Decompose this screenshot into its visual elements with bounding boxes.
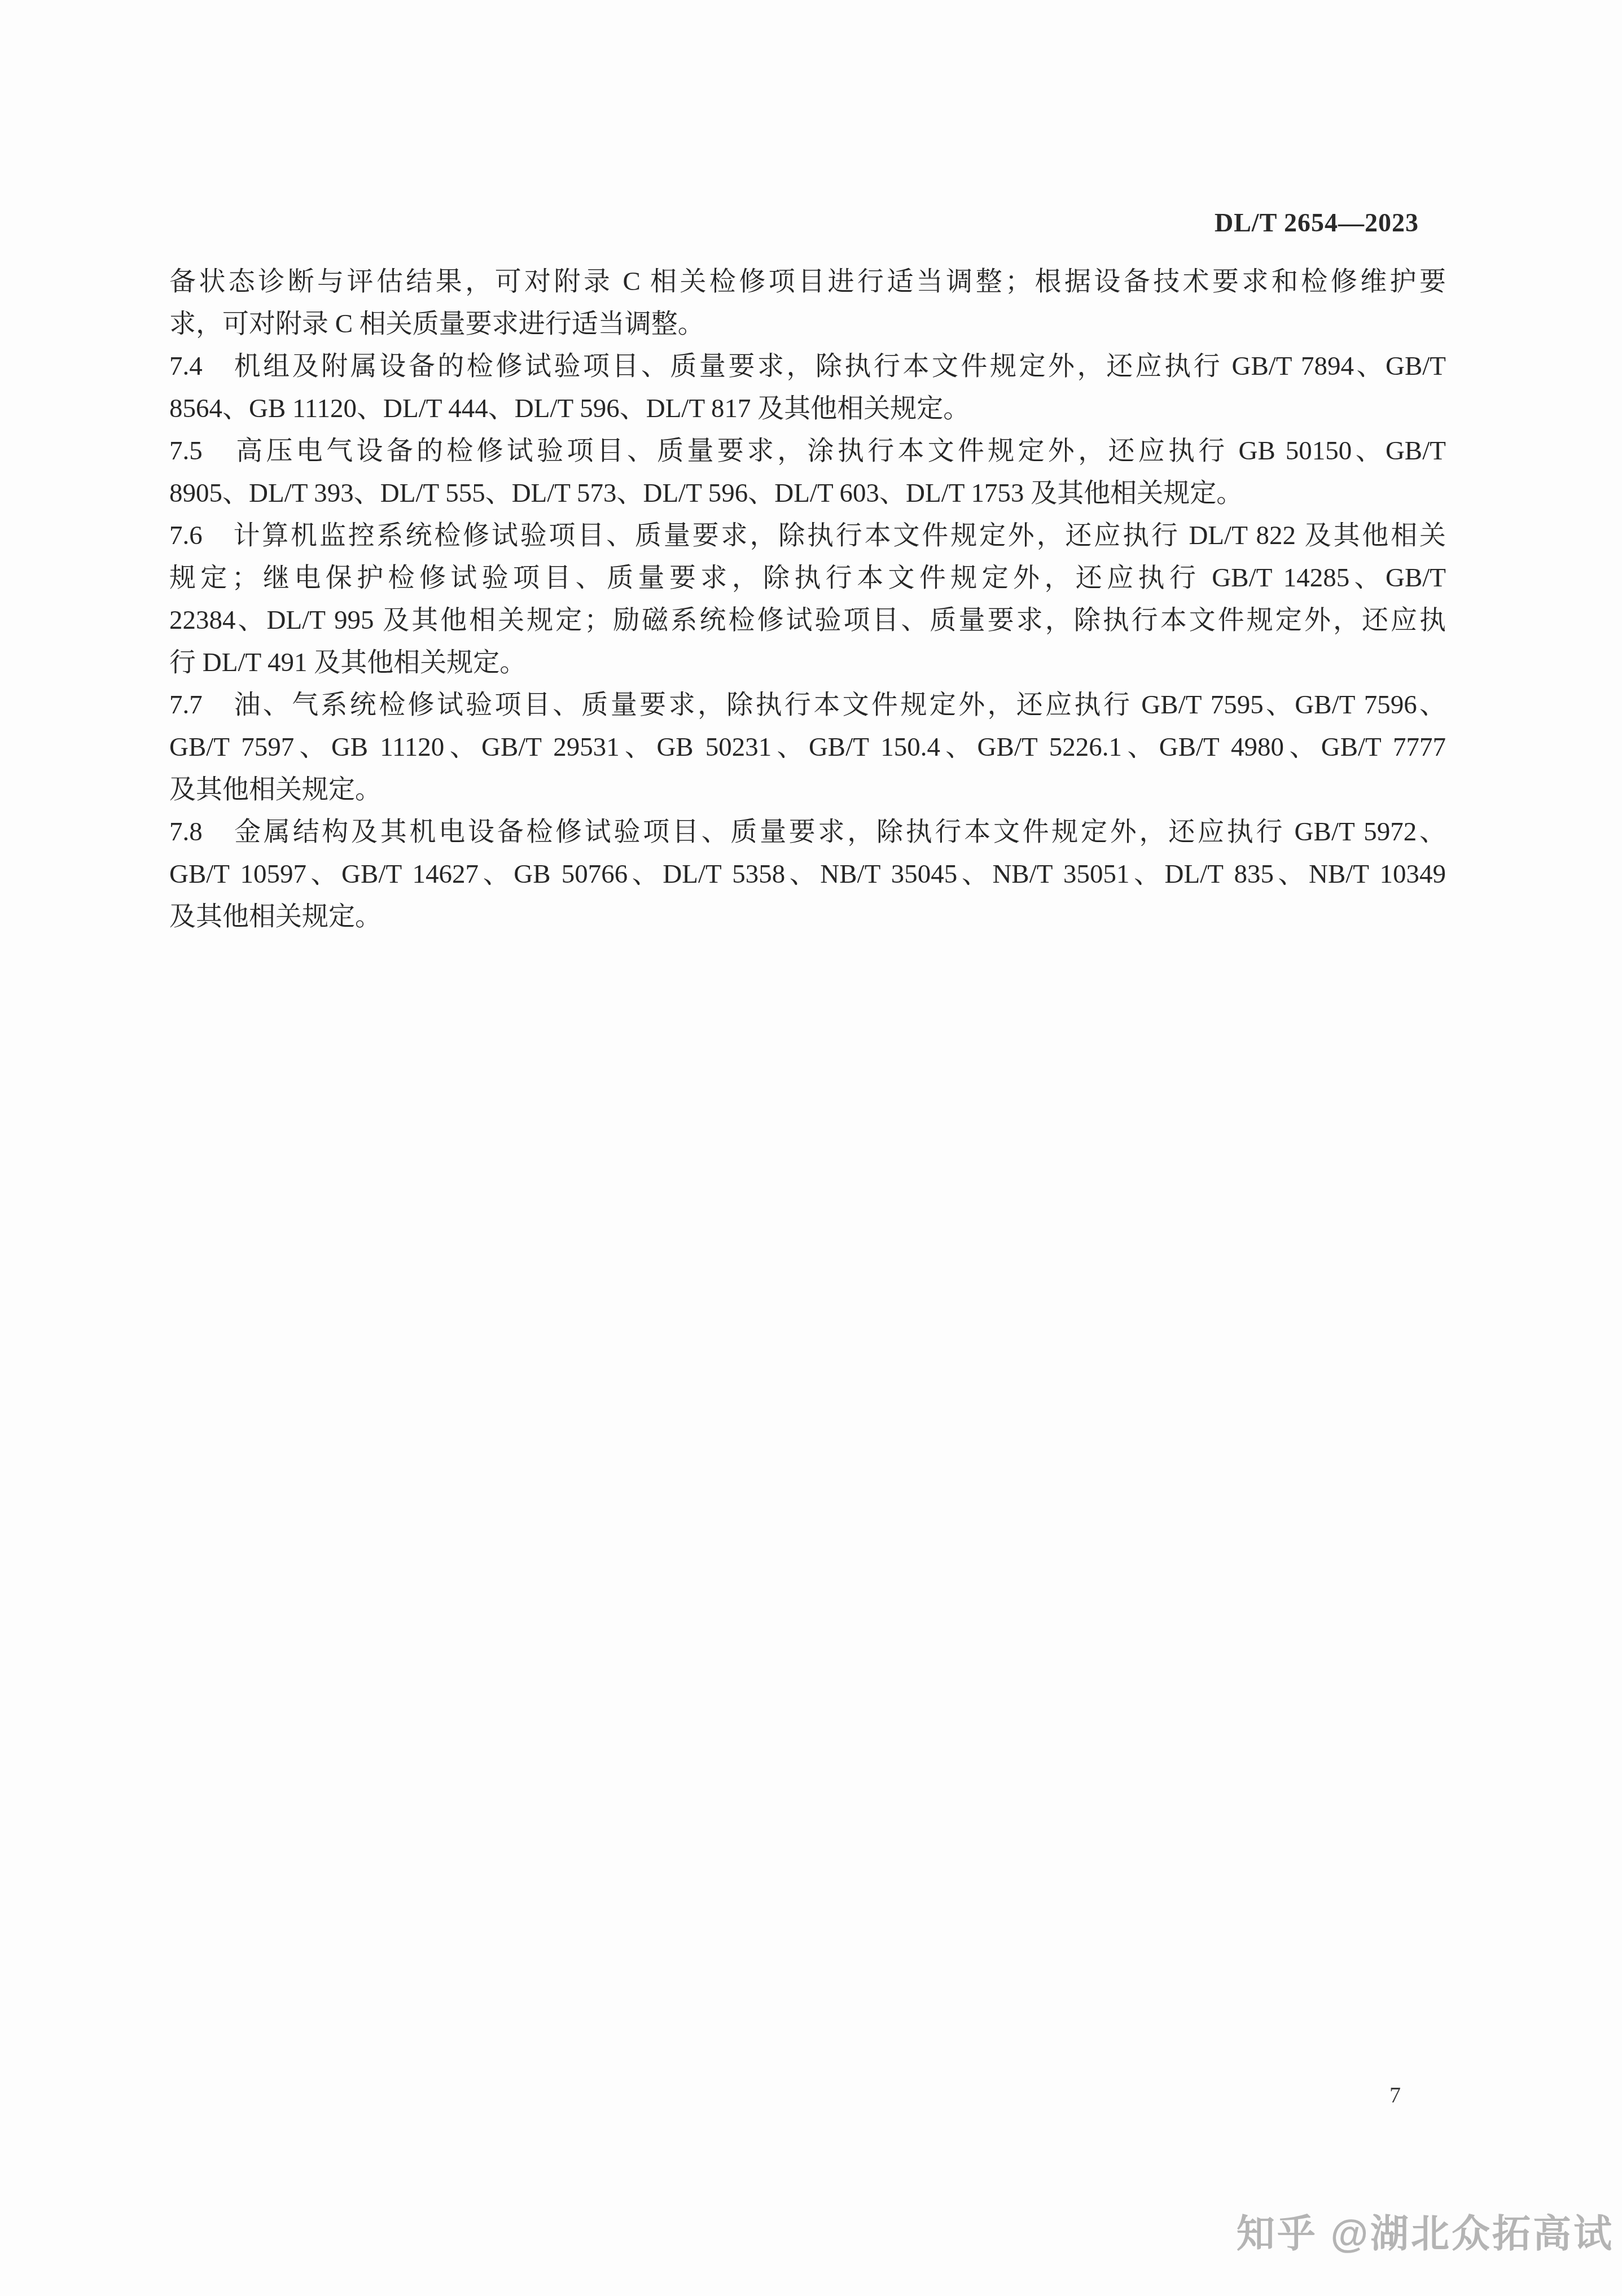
body-line-clause-7-6: 7.6 计算机监控系统检修试验项目、质量要求，除执行本文件规定外，还应执行 DL… (169, 515, 1446, 557)
body-text-block: 备状态诊断与评估结果，可对附录 C 相关检修项目进行适当调整；根据设备技术要求和… (169, 261, 1446, 938)
body-line-clause-7-8: 7.8 金属结构及其机电设备检修试验项目、质量要求，除执行本文件规定外，还应执行… (169, 811, 1446, 853)
body-line: 行 DL/T 491 及其他相关规定。 (169, 642, 1446, 684)
body-line: 求，可对附录 C 相关质量要求进行适当调整。 (169, 303, 1446, 345)
document-page: DL/T 2654—2023 备状态诊断与评估结果，可对附录 C 相关检修项目进… (0, 0, 1622, 2296)
body-line: GB/T 10597、GB/T 14627、GB 50766、DL/T 5358… (169, 853, 1446, 896)
body-line: 8905、DL/T 393、DL/T 555、DL/T 573、DL/T 596… (169, 472, 1446, 515)
body-line: 备状态诊断与评估结果，可对附录 C 相关检修项目进行适当调整；根据设备技术要求和… (169, 261, 1446, 303)
body-line: 8564、GB 11120、DL/T 444、DL/T 596、DL/T 817… (169, 388, 1446, 430)
body-line-clause-7-5: 7.5 高压电气设备的检修试验项目、质量要求，涂执行本文件规定外，还应执行 GB… (169, 430, 1446, 472)
body-line: 规定；继电保护检修试验项目、质量要求，除执行本文件规定外，还应执行 GB/T 1… (169, 557, 1446, 599)
body-line: 22384、DL/T 995 及其他相关规定；励磁系统检修试验项目、质量要求，除… (169, 599, 1446, 642)
body-line: 及其他相关规定。 (169, 896, 1446, 938)
standard-code-header: DL/T 2654—2023 (1215, 208, 1419, 238)
zhihu-watermark: 知乎 @湖北众拓高试 (1237, 2203, 1614, 2258)
body-line-clause-7-4: 7.4 机组及附属设备的检修试验项目、质量要求，除执行本文件规定外，还应执行 G… (169, 345, 1446, 388)
body-line: 及其他相关规定。 (169, 769, 1446, 811)
page-number: 7 (1389, 2082, 1401, 2108)
body-line-clause-7-7: 7.7 油、气系统检修试验项目、质量要求，除执行本文件规定外，还应执行 GB/T… (169, 684, 1446, 726)
body-line: GB/T 7597、GB 11120、GB/T 29531、GB 50231、G… (169, 726, 1446, 769)
